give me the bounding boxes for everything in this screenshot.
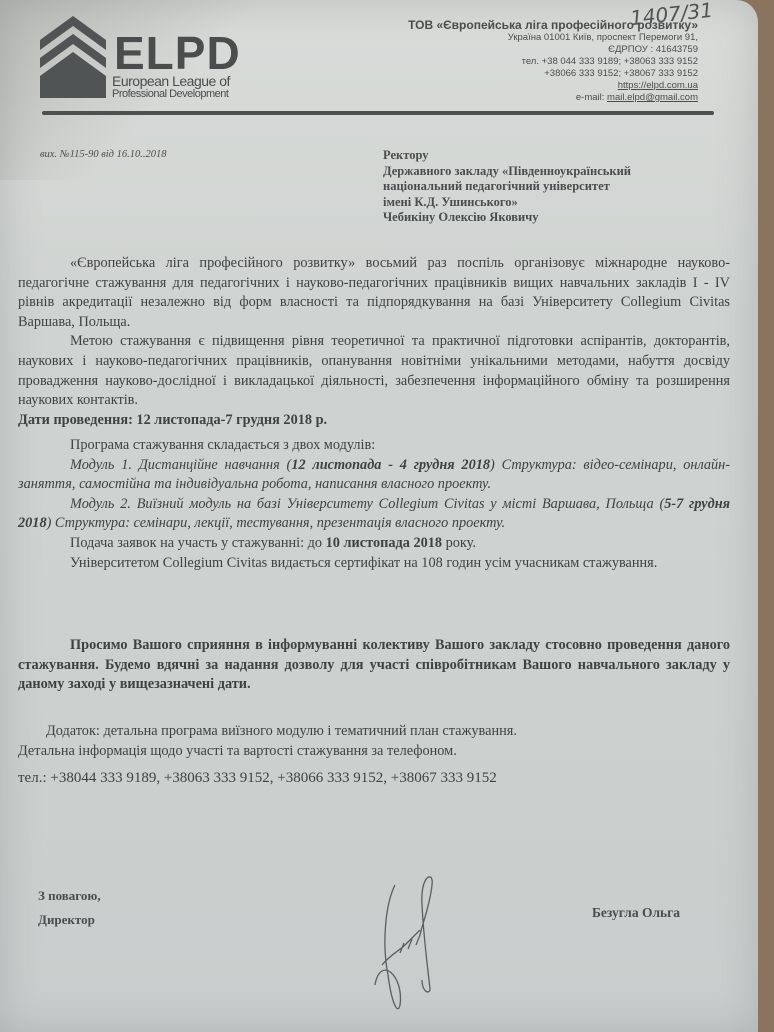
deadline-date: 10 листопада 2018 (326, 535, 442, 551)
contact-phones: тел.: +38044 333 9189, +38063 333 9152, … (18, 769, 730, 789)
sender-block: ТОВ «Європейська ліга професійного розви… (408, 18, 698, 104)
elpd-logo: ELPD European League of Professional Dev… (38, 10, 298, 100)
attachment-note: Додаток: детальна програма виїзного моду… (18, 722, 730, 742)
letter-page: ELPD European League of Professional Dev… (0, 0, 758, 1032)
addressee-line: Ректору (383, 148, 631, 164)
event-dates: Дати проведення: 12 листопада-7 грудня 2… (18, 411, 730, 431)
letter-body-program: Програма стажування складається з двох м… (18, 436, 730, 573)
request-paragraph: Просимо Вашого сприяння в інформуванні к… (18, 636, 730, 695)
program-intro: Програма стажування складається з двох м… (18, 436, 730, 456)
request-text: Просимо Вашого сприяння в інформуванні к… (18, 636, 730, 695)
email-label: e-mail: (576, 92, 605, 103)
logo-subtitle-1: European League of (112, 74, 230, 88)
module-2-structure: ) Структура: семінари, лекції, тестуванн… (47, 515, 506, 531)
signer-position: Директор (38, 908, 101, 932)
signer-name: Безугла Ольга (592, 905, 680, 921)
module-2-title: Модуль 2. Виїзний модуль на базі Універс… (70, 496, 664, 512)
module-1-title: Модуль 1. Дистанційне навчання ( (70, 457, 291, 473)
addressee-line: імені К.Д. Ушинського» (383, 195, 631, 211)
addressee-line: Чебикіну Олексію Яковичу (383, 210, 631, 226)
module-1-dates: 12 листопада - 4 грудня 2018 (291, 457, 490, 473)
letter-body-intro: «Європейська ліга професійного розвитку»… (18, 254, 730, 430)
sender-email-link[interactable]: mail.elpd@gmail.com (607, 92, 698, 103)
module-1: Модуль 1. Дистанційне навчання (12 листо… (18, 456, 730, 495)
addressee-line: Державного закладу «Південноукраїнський (383, 164, 631, 180)
deadline-label: Подача заявок на участь у стажуванні: до (70, 535, 326, 551)
application-deadline: Подача заявок на участь у стажуванні: до… (18, 534, 730, 554)
paragraph-purpose: Метою стажування є підвищення рівня теор… (18, 332, 730, 410)
module-2: Модуль 2. Виїзний модуль на базі Універс… (18, 495, 730, 534)
sender-address: Україна 01001 Київ, проспект Перемоги 91… (408, 32, 698, 44)
logo-subtitle-2: Professional Development (112, 89, 228, 100)
closing-block: З повагою, Директор (38, 884, 101, 932)
house-chevron-icon (38, 14, 108, 98)
logo-wordmark: ELPD (114, 30, 241, 76)
signature-icon (360, 865, 450, 1025)
sender-phones-2: +38066 333 9152; +38067 333 9152 (408, 68, 698, 80)
sender-website-link[interactable]: https://elpd.com.ua (408, 80, 698, 92)
contact-info: Додаток: детальна програма виїзного моду… (18, 722, 730, 789)
sender-phones-1: тел. +38 044 333 9189; +38063 333 9152 (408, 56, 698, 68)
regards: З повагою, (38, 884, 101, 908)
letterhead-divider (42, 111, 714, 115)
addressee-block: Ректору Державного закладу «Південноукра… (383, 148, 631, 226)
certificate-info: Університетом Collegium Civitas видаєтьс… (18, 554, 730, 574)
addressee-line: національний педагогічний університет (383, 179, 631, 195)
details-note: Детальна інформація щодо участі та варто… (18, 742, 730, 762)
outgoing-reference: вих. №115-90 від 16.10..2018 (40, 149, 167, 160)
paragraph-intro: «Європейська ліга професійного розвитку»… (18, 254, 730, 332)
sender-org-name: ТОВ «Європейська ліга професійного розви… (408, 18, 698, 32)
sender-edrpou: ЄДРПОУ : 41643759 (408, 44, 698, 56)
deadline-suffix: року. (442, 535, 476, 551)
